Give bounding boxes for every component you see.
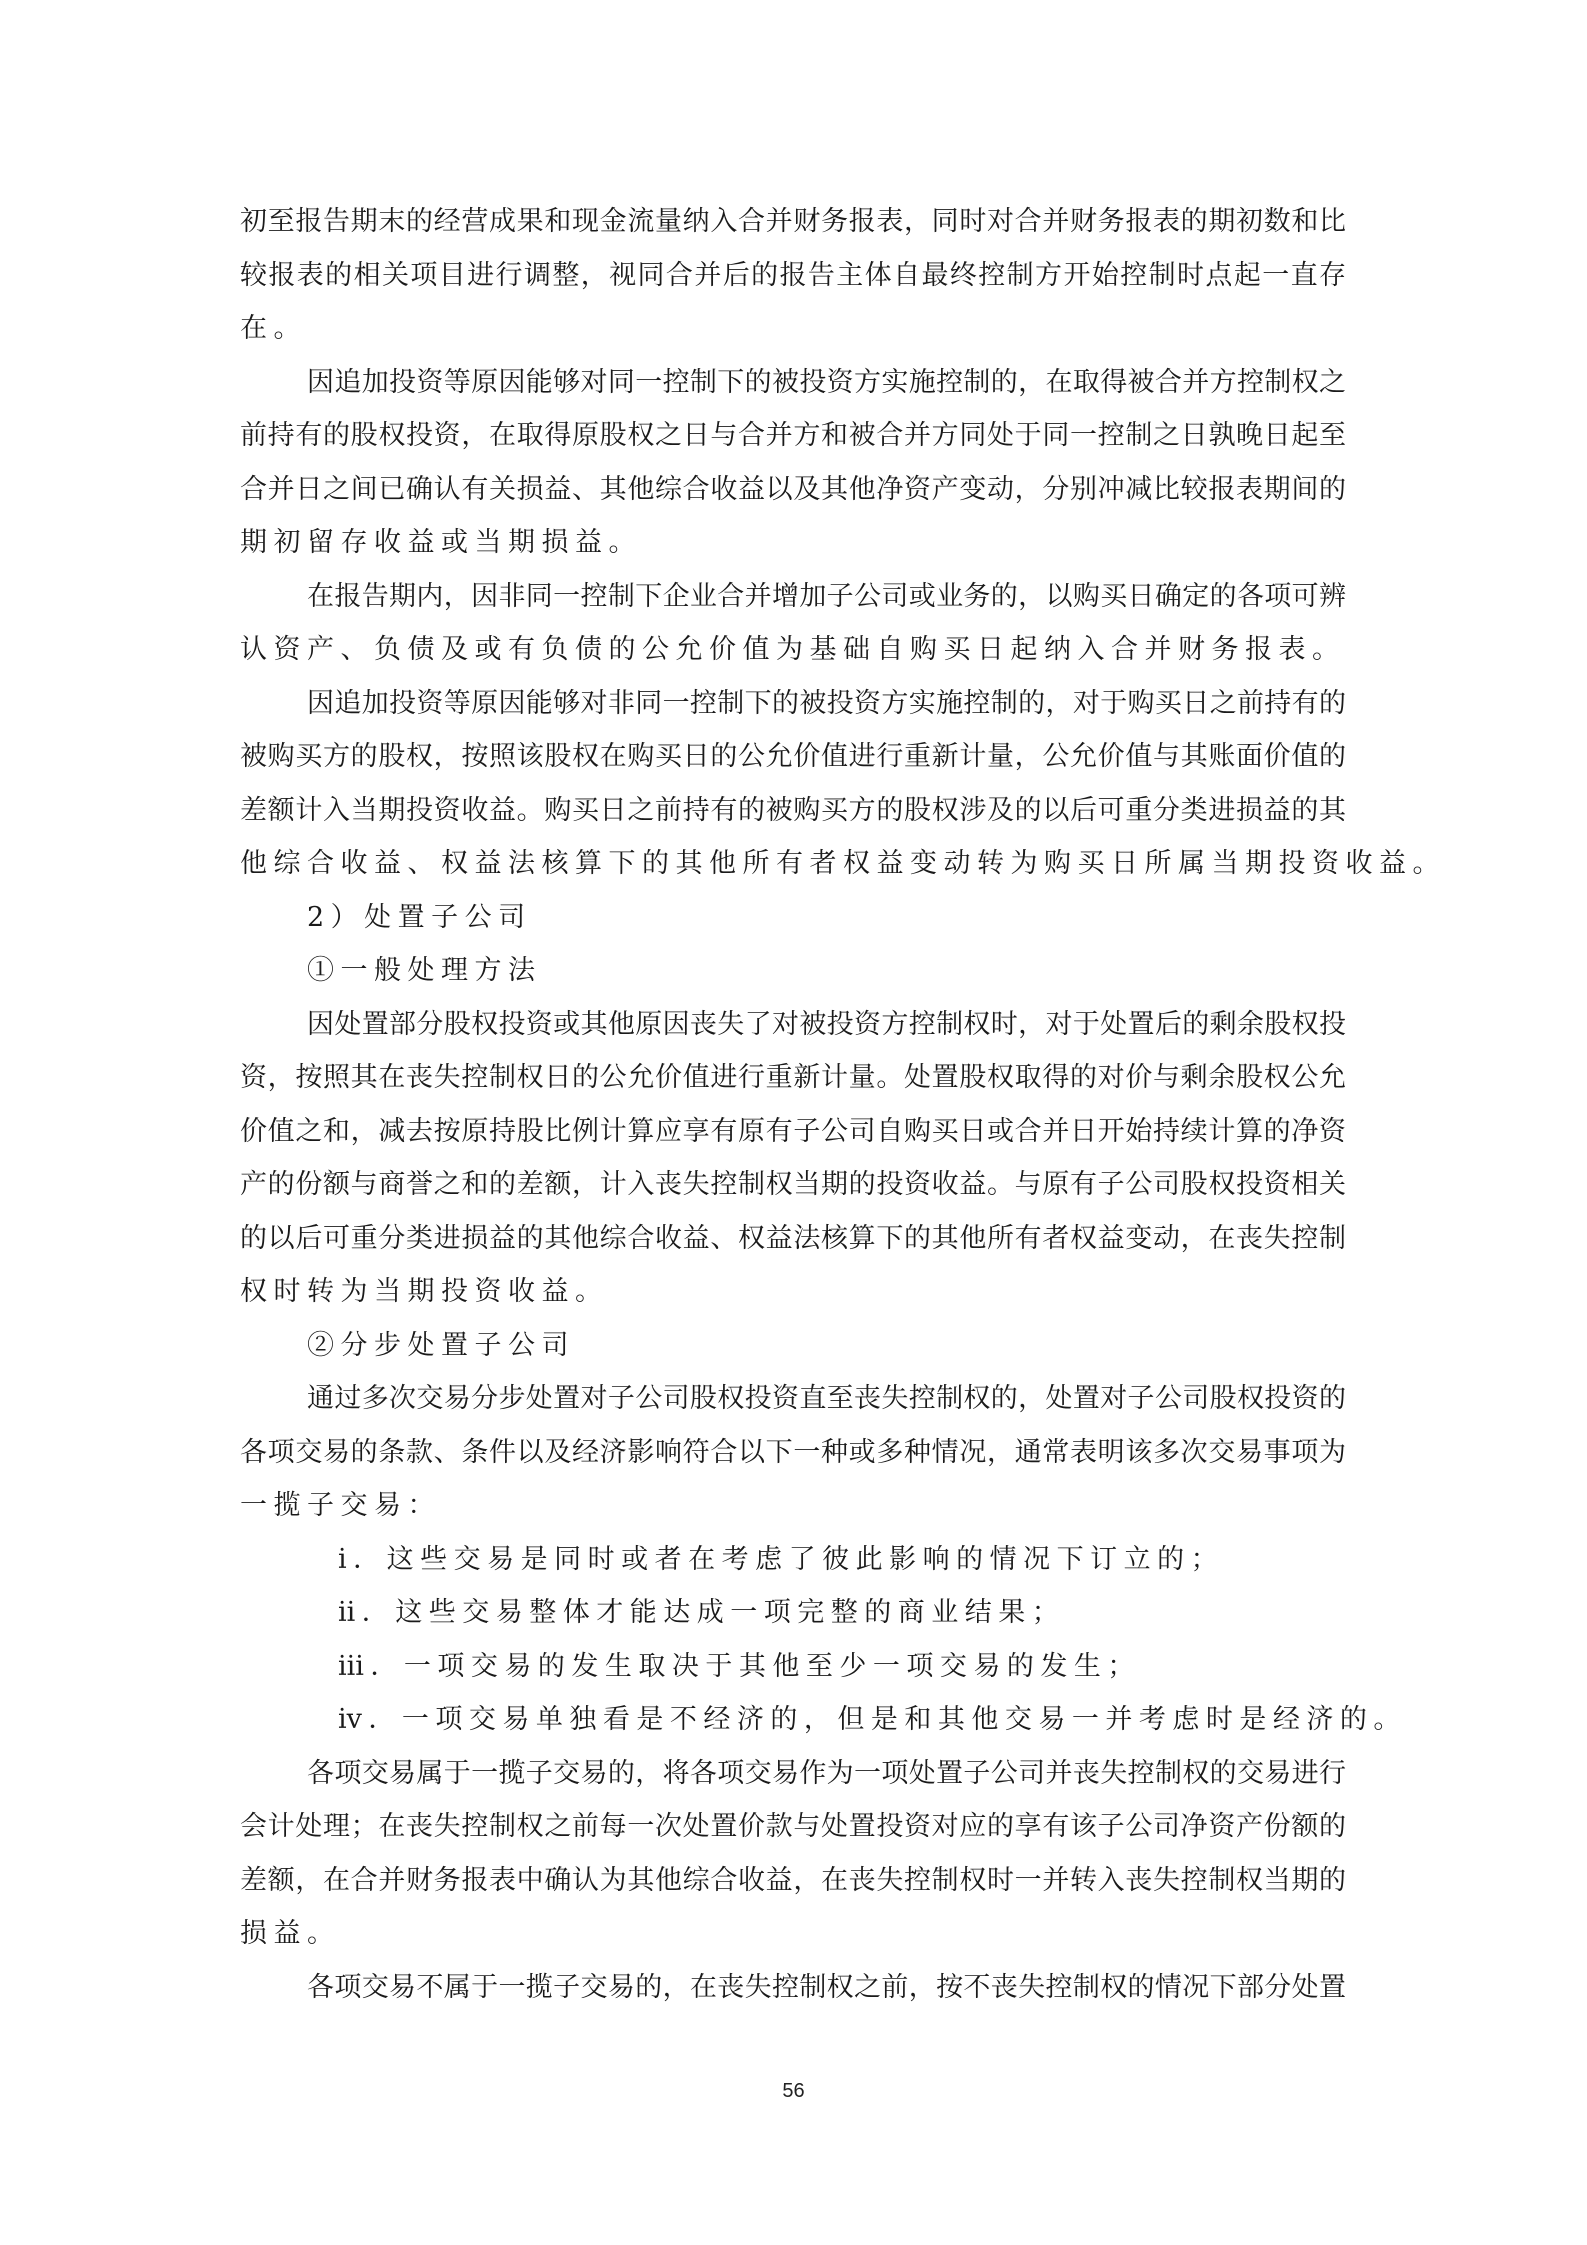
text-line: 被购买方的股权，按照该股权在购买日的公允价值进行重新计量，公允价值与其账面价值的 <box>240 730 1346 784</box>
text-line: 因处置部分股权投资或其他原因丧失了对被投资方控制权时，对于处置后的剩余股权投 <box>240 998 1346 1052</box>
text-line: 认资产、负债及或有负债的公允价值为基础自购买日起纳入合并财务报表。 <box>240 623 1346 677</box>
text-line: 价值之和，减去按原持股比例计算应享有原有子公司自购买日或合并日开始持续计算的净资 <box>240 1105 1346 1159</box>
text-line: 初至报告期末的经营成果和现金流量纳入合并财务报表，同时对合并财务报表的期初数和比 <box>240 195 1346 249</box>
text-line: 因追加投资等原因能够对同一控制下的被投资方实施控制的，在取得被合并方控制权之 <box>240 356 1346 410</box>
text-line: 产的份额与商誉之和的差额，计入丧失控制权当期的投资收益。与原有子公司股权投资相关 <box>240 1158 1346 1212</box>
text-line: 会计处理；在丧失控制权之前每一次处置价款与处置投资对应的享有该子公司净资产份额的 <box>240 1800 1346 1854</box>
text-line: 差额计入当期投资收益。购买日之前持有的被购买方的股权涉及的以后可重分类进损益的其 <box>240 784 1346 838</box>
text-line: 差额，在合并财务报表中确认为其他综合收益，在丧失控制权时一并转入丧失控制权当期的 <box>240 1854 1346 1908</box>
text-line: 他综合收益、权益法核算下的其他所有者权益变动转为购买日所属当期投资收益。 <box>240 837 1346 891</box>
page-number: 56 <box>0 2080 1587 2103</box>
body-text: 初至报告期末的经营成果和现金流量纳入合并财务报表，同时对合并财务报表的期初数和比… <box>240 195 1346 2014</box>
text-line: 因追加投资等原因能够对非同一控制下的被投资方实施控制的，对于购买日之前持有的 <box>240 677 1346 731</box>
text-line: 损益。 <box>240 1907 1346 1961</box>
text-line: 的以后可重分类进损益的其他综合收益、权益法核算下的其他所有者权益变动，在丧失控制 <box>240 1212 1346 1266</box>
text-line: 各项交易不属于一揽子交易的，在丧失控制权之前，按不丧失控制权的情况下部分处置 <box>240 1961 1346 2015</box>
text-line: 资，按照其在丧失控制权日的公允价值进行重新计量。处置股权取得的对价与剩余股权公允 <box>240 1051 1346 1105</box>
subsection-heading: ①一般处理方法 <box>240 944 1346 998</box>
list-item: ⅱ．这些交易整体才能达成一项完整的商业结果； <box>240 1586 1346 1640</box>
document-page: 初至报告期末的经营成果和现金流量纳入合并财务报表，同时对合并财务报表的期初数和比… <box>0 0 1587 2245</box>
subsection-heading: ②分步处置子公司 <box>240 1319 1346 1373</box>
text-line: 通过多次交易分步处置对子公司股权投资直至丧失控制权的，处置对子公司股权投资的 <box>240 1372 1346 1426</box>
text-line: 权时转为当期投资收益。 <box>240 1265 1346 1319</box>
text-line: 在。 <box>240 302 1346 356</box>
text-line: 前持有的股权投资，在取得原股权之日与合并方和被合并方同处于同一控制之日孰晚日起至 <box>240 409 1346 463</box>
list-item: ⅲ．一项交易的发生取决于其他至少一项交易的发生； <box>240 1640 1346 1694</box>
section-heading: 2）处置子公司 <box>240 891 1346 945</box>
list-item: ⅰ．这些交易是同时或者在考虑了彼此影响的情况下订立的； <box>240 1533 1346 1587</box>
text-line: 在报告期内，因非同一控制下企业合并增加子公司或业务的，以购买日确定的各项可辨 <box>240 570 1346 624</box>
text-line: 各项交易的条款、条件以及经济影响符合以下一种或多种情况，通常表明该多次交易事项为 <box>240 1426 1346 1480</box>
text-line: 各项交易属于一揽子交易的，将各项交易作为一项处置子公司并丧失控制权的交易进行 <box>240 1747 1346 1801</box>
text-line: 一揽子交易： <box>240 1479 1346 1533</box>
text-line: 合并日之间已确认有关损益、其他综合收益以及其他净资产变动，分别冲减比较报表期间的 <box>240 463 1346 517</box>
text-line: 期初留存收益或当期损益。 <box>240 516 1346 570</box>
text-line: 较报表的相关项目进行调整，视同合并后的报告主体自最终控制方开始控制时点起一直存 <box>240 249 1346 303</box>
list-item: ⅳ．一项交易单独看是不经济的，但是和其他交易一并考虑时是经济的。 <box>240 1693 1346 1747</box>
